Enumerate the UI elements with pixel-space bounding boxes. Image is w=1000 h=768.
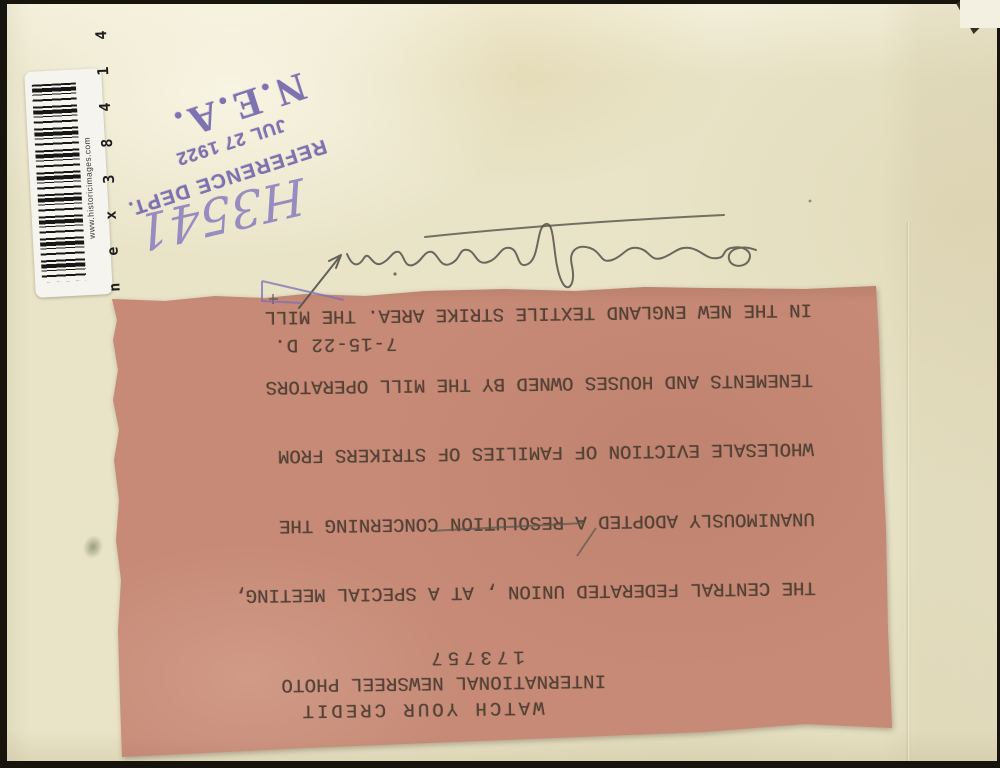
paper-crease bbox=[906, 222, 911, 768]
credit-notice-line1: WATCH YOUR CREDIT bbox=[300, 696, 545, 721]
caption-slip-content: WATCH YOUR CREDIT INTERNATIONAL NEWSREEL… bbox=[102, 274, 904, 768]
photo-number: 173757 bbox=[426, 646, 525, 669]
barcode-icon bbox=[32, 82, 86, 282]
caption-line: UNANIMOUSLY ADOPTED A RESOLUTION CONCERN… bbox=[211, 505, 816, 539]
photo-back-scan: www.historicimages.com n e x 3 8 4 1 4 N… bbox=[0, 0, 1000, 768]
corner-fold bbox=[960, 0, 1000, 28]
caption-line: WHOLESALE EVICTION OF FAMILIES OF STRIKE… bbox=[210, 435, 815, 469]
credit-notice-line2: INTERNATIONAL NEWSREEL PHOTO bbox=[281, 670, 606, 697]
scan-edge-bottom bbox=[0, 761, 1000, 768]
scan-edge-top bbox=[0, 0, 1000, 4]
caption-line: IN THE NEW ENGLAND TEXTILE STRIKE AREA. … bbox=[208, 297, 813, 331]
caption-date-code: 7-15-22 D. bbox=[273, 332, 397, 356]
caption-line: TENEMENTS AND HOUSES OWNED BY THE MILL O… bbox=[209, 366, 814, 400]
barcode-sticker: www.historicimages.com n e x 3 8 4 1 4 bbox=[24, 68, 113, 298]
scan-edge-left bbox=[0, 0, 7, 768]
caption-line: THE CENTRAL FEDERATED UNION , AT A SPECI… bbox=[211, 574, 816, 608]
caption-slip-paper: WATCH YOUR CREDIT INTERNATIONAL NEWSREEL… bbox=[105, 280, 900, 765]
caption-slip: WATCH YOUR CREDIT INTERNATIONAL NEWSREEL… bbox=[105, 280, 900, 765]
